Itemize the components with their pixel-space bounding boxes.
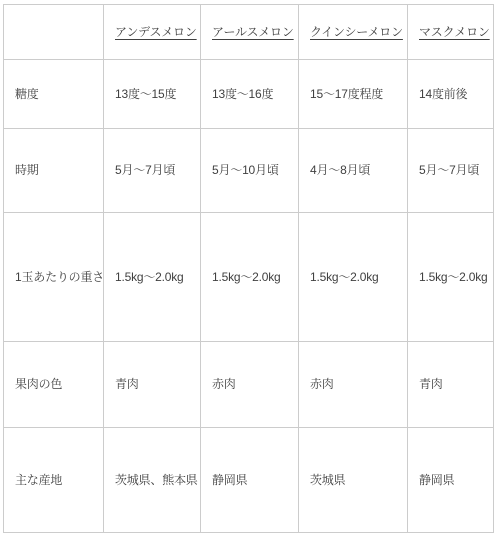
andes-melon-link[interactable]: アンデスメロン: [115, 25, 197, 39]
row-label-production-area: 主な産地: [4, 428, 104, 533]
table-cell: 茨城県: [299, 428, 408, 533]
table-row-weight: 1玉あたりの重さ 1.5kg〜2.0kg 1.5kg〜2.0kg 1.5kg〜2…: [4, 213, 494, 342]
table-cell: 5月〜7月頃: [408, 129, 494, 213]
table-cell: 1.5kg〜2.0kg: [201, 213, 299, 342]
musk-melon-link[interactable]: マスクメロン: [419, 25, 490, 39]
table-cell: 静岡県: [201, 428, 299, 533]
row-label-season: 時期: [4, 129, 104, 213]
header-row: アンデスメロン アールスメロン クインシーメロン マスクメロン: [4, 5, 494, 60]
table-cell: 赤肉: [201, 342, 299, 428]
quincy-melon-link[interactable]: クインシーメロン: [310, 25, 403, 39]
page-container: アンデスメロン アールスメロン クインシーメロン マスクメロン 糖度 13度〜1…: [0, 0, 496, 537]
table-cell: 赤肉: [299, 342, 408, 428]
table-cell: 13度〜16度: [201, 60, 299, 129]
table-row-flesh-color: 果肉の色 青肉 赤肉 赤肉 青肉: [4, 342, 494, 428]
table-cell: 4月〜8月頃: [299, 129, 408, 213]
column-header-cell-earls: アールスメロン: [201, 5, 299, 60]
table-row-sugar-content: 糖度 13度〜15度 13度〜16度 15〜17度程度 14度前後: [4, 60, 494, 129]
table-row-production-area: 主な産地 茨城県、熊本県 静岡県 茨城県 静岡県: [4, 428, 494, 533]
column-header-cell-andes: アンデスメロン: [104, 5, 201, 60]
table-cell: 1.5kg〜2.0kg: [299, 213, 408, 342]
table-row-season: 時期 5月〜7月頃 5月〜10月頃 4月〜8月頃 5月〜7月頃: [4, 129, 494, 213]
table-cell: 1.5kg〜2.0kg: [408, 213, 494, 342]
table-cell: 5月〜10月頃: [201, 129, 299, 213]
melon-comparison-table: アンデスメロン アールスメロン クインシーメロン マスクメロン 糖度 13度〜1…: [3, 4, 494, 533]
row-label-sugar-content: 糖度: [4, 60, 104, 129]
table-cell: 茨城県、熊本県: [104, 428, 201, 533]
row-label-flesh-color: 果肉の色: [4, 342, 104, 428]
table-cell: 青肉: [408, 342, 494, 428]
table-cell: 13度〜15度: [104, 60, 201, 129]
table-cell: 14度前後: [408, 60, 494, 129]
table-cell: 静岡県: [408, 428, 494, 533]
column-header-cell-quincy: クインシーメロン: [299, 5, 408, 60]
table-cell: 青肉: [104, 342, 201, 428]
table-cell: 1.5kg〜2.0kg: [104, 213, 201, 342]
earls-melon-link[interactable]: アールスメロン: [212, 25, 294, 39]
corner-cell: [4, 5, 104, 60]
row-label-weight: 1玉あたりの重さ: [4, 213, 104, 342]
table-cell: 5月〜7月頃: [104, 129, 201, 213]
table-cell: 15〜17度程度: [299, 60, 408, 129]
column-header-cell-musk: マスクメロン: [408, 5, 494, 60]
